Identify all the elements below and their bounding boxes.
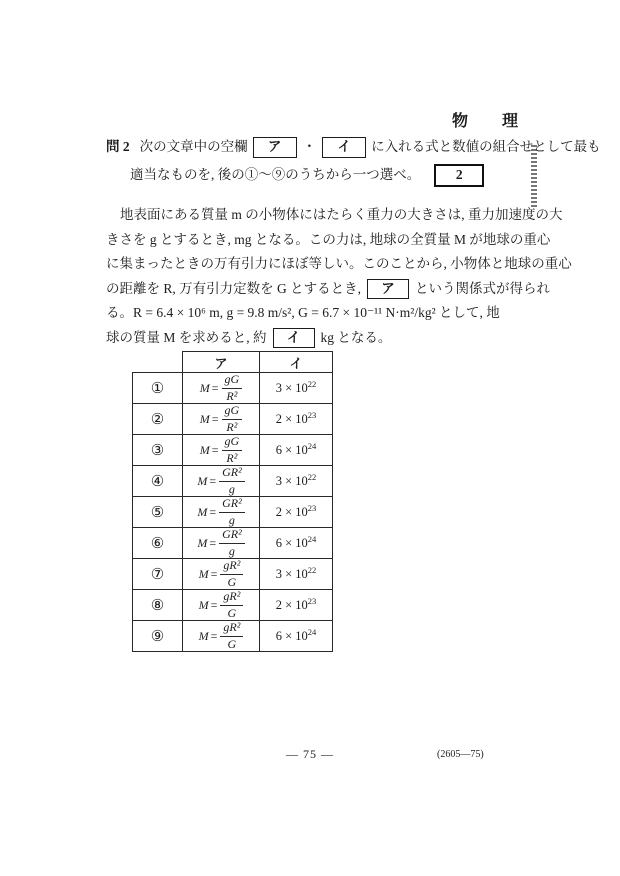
question-line-1: 問 2 次の文章中の空欄 ア ・ イ に入れる式と数値の組合せとして最も bbox=[106, 134, 526, 160]
formula: M=gR²G bbox=[199, 590, 244, 619]
passage-blank-box-a: ア bbox=[367, 279, 409, 299]
passage-line-4: の距離を R, 万有引力定数を G とするとき, ア という関係式が得られ bbox=[106, 277, 518, 302]
answer-number-box: 2 bbox=[434, 164, 484, 187]
passage-blank-box-i: イ bbox=[273, 328, 315, 348]
passage-line-5: る。R = 6.4 × 10⁶ m, g = 9.8 m/s², G = 6.7… bbox=[106, 301, 518, 326]
table-row: ④ M=GR²g 3 × 1022 bbox=[133, 466, 333, 497]
table-header-a: ア bbox=[183, 352, 260, 373]
choice-number: ④ bbox=[133, 466, 183, 497]
passage-line-4-pre: の距離を R, 万有引力定数を G とするとき, bbox=[106, 277, 361, 302]
page-number: — 75 — bbox=[0, 747, 620, 762]
choice-number: ⑥ bbox=[133, 528, 183, 559]
value: 2 × 1023 bbox=[260, 497, 333, 528]
formula: M=gGR² bbox=[200, 435, 242, 464]
passage-line-2: きさを g とするとき, mg となる。この力は, 地球の全質量 M が地球の重… bbox=[106, 228, 518, 253]
print-code: (2605—75) bbox=[437, 749, 484, 760]
table-header-i: イ bbox=[260, 352, 333, 373]
question-block: 問 2 次の文章中の空欄 ア ・ イ に入れる式と数値の組合せとして最も 適当な… bbox=[106, 134, 526, 188]
question-number-label: 問 2 bbox=[106, 134, 130, 160]
choice-number: ⑧ bbox=[133, 590, 183, 621]
formula: M=GR²g bbox=[197, 466, 244, 495]
value: 3 × 1022 bbox=[260, 373, 333, 404]
table-row: ② M=gGR² 2 × 1023 bbox=[133, 404, 333, 435]
question-text-line2: 適当なものを, 後の①～⑨のうちから一つ選べ。 bbox=[130, 162, 420, 188]
formula: M=gR²G bbox=[199, 621, 244, 650]
question-text-post: に入れる式と数値の組合せとして最も bbox=[371, 134, 601, 160]
question-text-pre: 次の文章中の空欄 bbox=[140, 134, 248, 160]
formula: M=gGR² bbox=[200, 404, 242, 433]
table-row: ⑧ M=gR²G 2 × 1023 bbox=[133, 590, 333, 621]
value: 2 × 1023 bbox=[260, 404, 333, 435]
blank-box-a: ア bbox=[253, 137, 297, 158]
choice-number: ① bbox=[133, 373, 183, 404]
page-title: 物 理 bbox=[452, 108, 527, 131]
blank-separator: ・ bbox=[303, 134, 317, 160]
value: 6 × 1024 bbox=[260, 528, 333, 559]
value: 6 × 1024 bbox=[260, 435, 333, 466]
choice-number: ② bbox=[133, 404, 183, 435]
table-row: ⑨ M=gR²G 6 × 1024 bbox=[133, 621, 333, 652]
choice-number: ⑨ bbox=[133, 621, 183, 652]
formula: M=GR²g bbox=[197, 497, 244, 526]
table-header-empty bbox=[133, 352, 183, 373]
passage-line-6-pre: 球の質量 M を求めると, 約 bbox=[106, 326, 267, 351]
question-line-2: 適当なものを, 後の①～⑨のうちから一つ選べ。 2 bbox=[130, 162, 526, 188]
formula: M=GR²g bbox=[197, 528, 244, 557]
table-row: ⑦ M=gR²G 3 × 1022 bbox=[133, 559, 333, 590]
choice-number: ⑤ bbox=[133, 497, 183, 528]
passage: 地表面にある質量 m の小物体にはたらく重力の大きさは, 重力加速度の大 きさを… bbox=[106, 203, 518, 350]
passage-line-1: 地表面にある質量 m の小物体にはたらく重力の大きさは, 重力加速度の大 bbox=[106, 203, 518, 228]
choice-number: ③ bbox=[133, 435, 183, 466]
table-row: ⑤ M=GR²g 2 × 1023 bbox=[133, 497, 333, 528]
passage-line-6-post: kg となる。 bbox=[321, 326, 392, 351]
passage-line-3: に集まったときの万有引力にほぼ等しい。このことから, 小物体と地球の重心 bbox=[106, 252, 518, 277]
table-row: ③ M=gGR² 6 × 1024 bbox=[133, 435, 333, 466]
passage-line-6: 球の質量 M を求めると, 約 イ kg となる。 bbox=[106, 326, 518, 351]
formula: M=gR²G bbox=[199, 559, 244, 588]
passage-line-4-post: という関係式が得られ bbox=[415, 277, 550, 302]
value: 2 × 1023 bbox=[260, 590, 333, 621]
blank-box-i: イ bbox=[322, 137, 366, 158]
choice-number: ⑦ bbox=[133, 559, 183, 590]
formula: M=gGR² bbox=[200, 373, 242, 402]
value: 6 × 1024 bbox=[260, 621, 333, 652]
choice-table: ア イ ① M=gGR² 3 × 1022 ② M=gGR² 2 × 1023 … bbox=[132, 351, 333, 652]
value: 3 × 1022 bbox=[260, 559, 333, 590]
value: 3 × 1022 bbox=[260, 466, 333, 497]
table-row: ⑥ M=GR²g 6 × 1024 bbox=[133, 528, 333, 559]
table-row: ① M=gGR² 3 × 1022 bbox=[133, 373, 333, 404]
table-header-row: ア イ bbox=[133, 352, 333, 373]
